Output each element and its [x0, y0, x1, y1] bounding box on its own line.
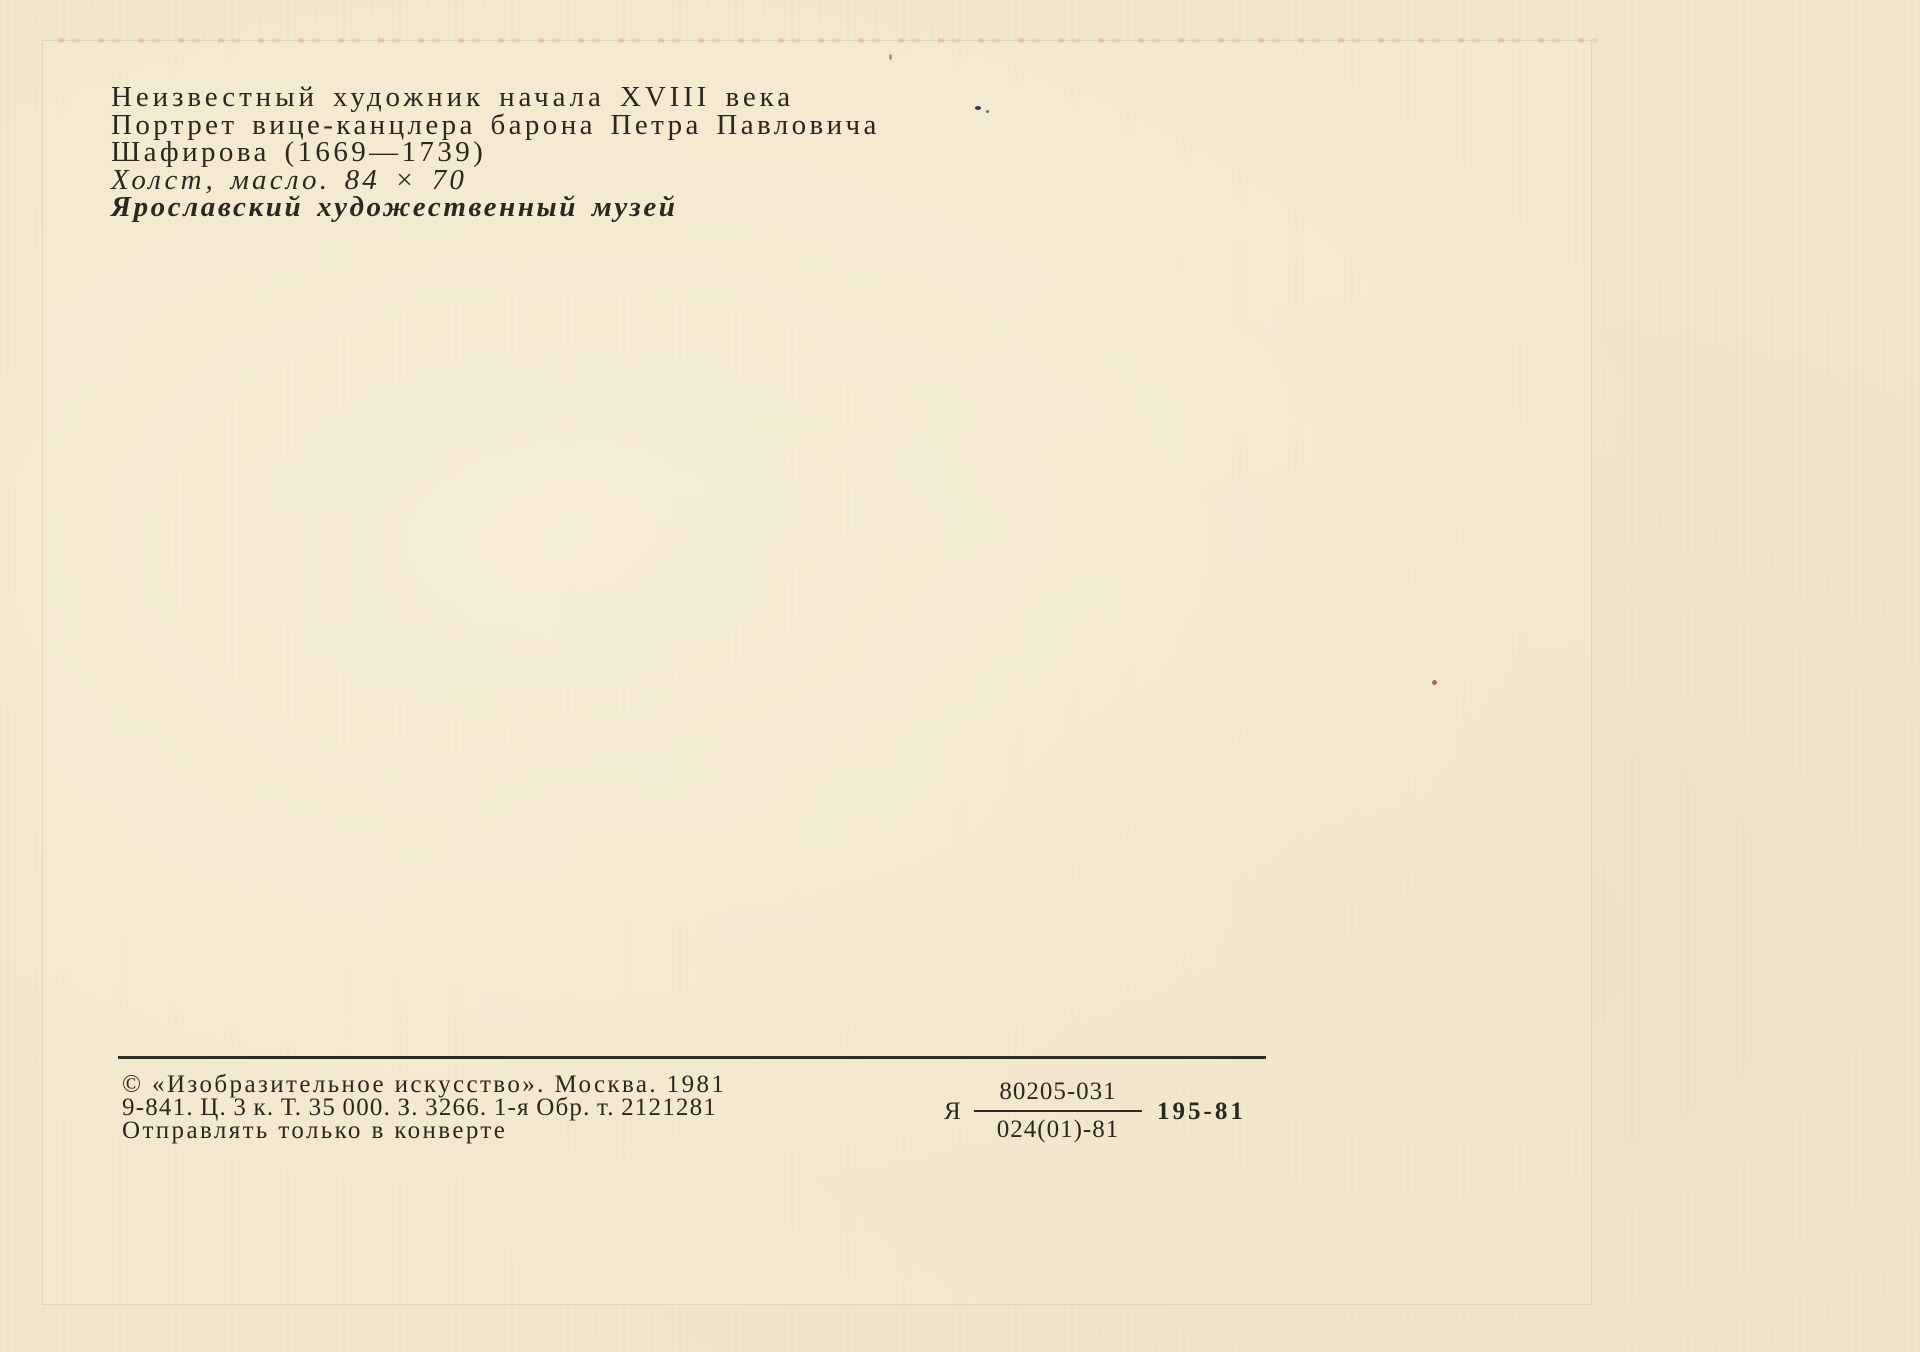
- imprint-copyright-line: © «Изобразительное искусство». Москва. 1…: [122, 1073, 726, 1096]
- title-line-1: Портрет вице-канцлера барона Петра Павло…: [111, 112, 880, 140]
- artwork-caption: Неизвестный художник начала XVIII века П…: [111, 84, 880, 222]
- red-speck: [889, 54, 892, 60]
- index-fraction: 80205-031 024(01)-81: [974, 1078, 1142, 1144]
- medium-line: Холст, масло. 84 × 70: [111, 167, 880, 195]
- index-numerator: 80205-031: [974, 1078, 1142, 1106]
- artist-line: Неизвестный художник начала XVIII века: [111, 84, 880, 112]
- publisher-imprint: © «Изобразительное искусство». Москва. 1…: [122, 1073, 726, 1142]
- imprint-mailing-note: Отправлять только в конверте: [122, 1119, 726, 1142]
- top-edge-marks: [58, 38, 1598, 43]
- museum-line: Ярославский художественный музей: [111, 194, 880, 222]
- index-denominator: 024(01)-81: [974, 1116, 1142, 1144]
- fraction-bar: [974, 1110, 1142, 1112]
- ink-speck: [986, 110, 989, 113]
- imprint-print-run-line: 9-841. Ц. 3 к. Т. 35 000. З. 3266. 1-я О…: [122, 1096, 726, 1119]
- catalog-index: Я 80205-031 024(01)-81 195-81: [944, 1078, 1264, 1150]
- index-prefix: Я: [944, 1098, 961, 1126]
- red-speck: [1432, 680, 1437, 685]
- ink-speck: [975, 106, 981, 110]
- index-code: 195-81: [1157, 1098, 1246, 1126]
- divider-rule: [118, 1056, 1266, 1059]
- title-line-2: Шафирова (1669—1739): [111, 139, 880, 167]
